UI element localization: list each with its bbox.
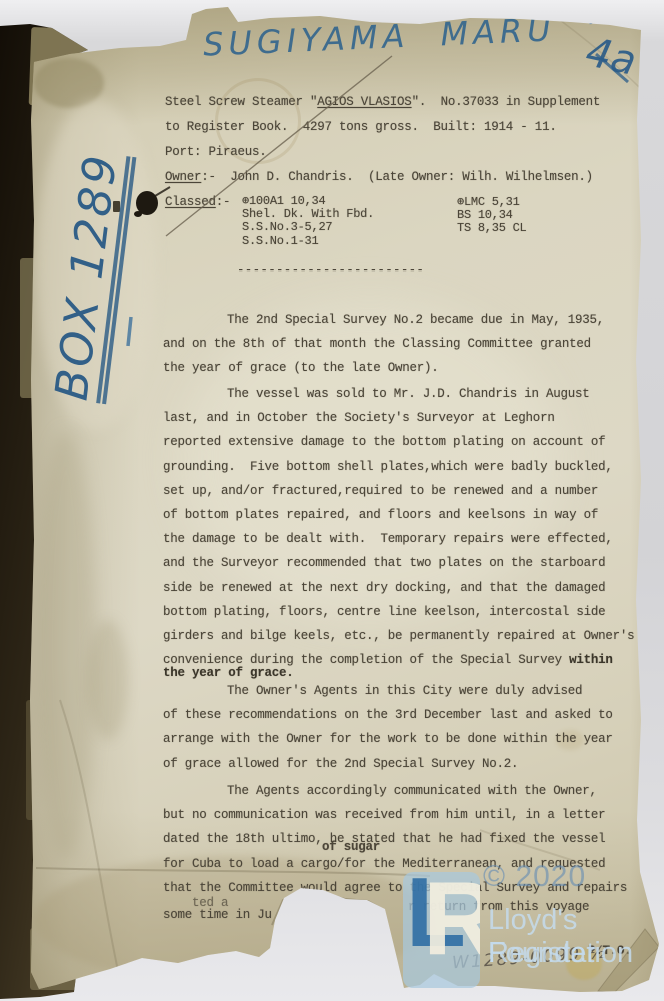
body-line: of bottom plates repaired, and floors an… [163,503,634,527]
handwritten-ship-name: ' SUGIYAMA MARU ' [157,8,601,65]
ship-name-typed: AGIOS VLASIOS [317,95,411,109]
owner-line: Owner:- John D. Chandris. (Late Owner: W… [165,170,593,184]
owner-label: Owner [165,170,201,184]
body-line: the year of grace (to the late Owner). [163,356,604,380]
lr-foundation-logo: L R [403,872,480,988]
header-suffix: ". No.37033 in Supplement [412,95,601,109]
scanned-document-page: Steel Screw Steamer "AGIOS VLASIOS". No.… [0,0,664,1001]
classed-entry: S.S.No.3-5,27 [242,221,374,234]
watermark-org-line2: Foundation [488,937,633,970]
torn-fragment-left: some time in Ju [163,908,272,922]
body-line: and the Surveyor recommended that two pl… [163,551,634,575]
header-line-3: Port: Piraeus. [165,145,267,159]
logo-letter-r: R [423,872,480,979]
classed-label: Classed [165,195,216,209]
separator-dashes: ------------------------ [237,263,424,277]
body-line: of these recommendations on the 3rd Dece… [163,703,613,727]
body-line: the damage to be dealt with. Temporary r… [163,527,634,551]
body-line: grounding. Five bottom shell plates,whic… [163,455,634,479]
classed-colon: :- [216,195,231,209]
body-line: The vessel was sold to Mr. J.D. Chandris… [163,382,634,406]
body-line: of grace allowed for the 2nd Special Sur… [163,752,613,776]
body-line: last, and in October the Society's Surve… [163,406,634,430]
header-prefix: Steel Screw Steamer " [165,95,317,109]
paper-stain [88,620,128,740]
body-line: The Agents accordingly communicated with… [163,779,627,803]
body-line: arrange with the Owner for the work to b… [163,727,613,751]
body-line: reported extensive damage to the bottom … [163,430,634,454]
owner-value: :- John D. Chandris. (Late Owner: Wilh. … [201,170,593,184]
paragraph-1: The 2nd Special Survey No.2 became due i… [163,308,604,381]
body-line: The Owner's Agents in this City were dul… [163,679,613,703]
body-line: and on the 8th of that month the Classin… [163,332,604,356]
body-line: side be renewed at the next dry docking,… [163,576,634,600]
paragraph-3: The Owner's Agents in this City were dul… [163,679,613,776]
body-line: dated the 18th ultimo, he stated that he… [163,827,627,851]
handwritten-page-ref: 4a [582,29,640,84]
body-line: but no communication was received from h… [163,803,627,827]
classed-entry: TS 8,35 CL [457,222,527,235]
paper-sheet: Steel Screw Steamer "AGIOS VLASIOS". No.… [0,0,664,1001]
classed-column-1: ⊕100A1 10,34 Shel. Dk. With Fbd. S.S.No.… [242,195,374,248]
header-line-2: to Register Book. 4297 tons gross. Built… [165,120,557,134]
interline-insertion: of sugar [322,840,380,854]
classed-label-line: Classed:- [165,195,230,209]
classed-entry: S.S.No.1-31 [242,235,374,248]
watermark-copyright: © 2020 [483,860,586,894]
body-line: girders and bilge keels, etc., be perman… [163,624,634,648]
classed-column-2: ⊕LMC 5,31 BS 10,34 TS 8,35 CL [457,196,527,236]
paragraph-2: The vessel was sold to Mr. J.D. Chandris… [163,382,634,685]
paper-shading [36,430,96,860]
body-line: set up, and/or fractured,required to be … [163,479,634,503]
body-line: The 2nd Special Survey No.2 became due i… [163,308,604,332]
header-line-1: Steel Screw Steamer "AGIOS VLASIOS". No.… [165,95,600,109]
body-line: bottom plating, floors, centre line keel… [163,600,634,624]
